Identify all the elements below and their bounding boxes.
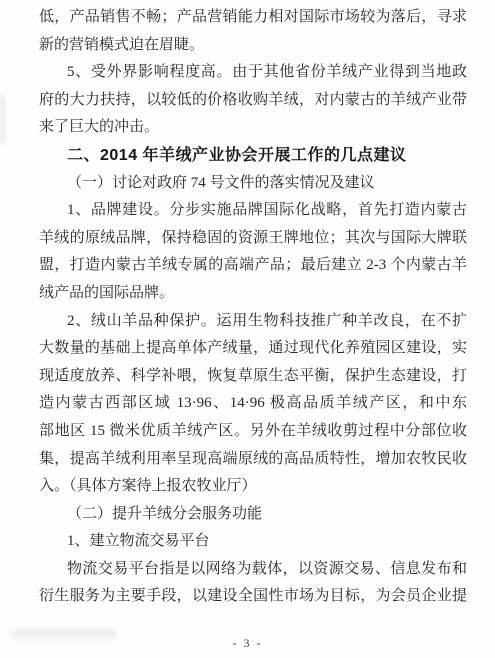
page-number: - 3 - xyxy=(0,636,495,651)
document-page: 低，产品销售不畅；产品营销能力相对国际市场较为落后，寻求 新的营销模式迫在眉睫。… xyxy=(0,0,495,658)
text-line: 绒产品的国际品牌。 xyxy=(39,280,467,308)
text-line: 来了巨大的冲击。 xyxy=(39,114,467,142)
logistics-platform-title: 1、建立物流交易平台 xyxy=(39,528,467,556)
subsection-2-title: （二）提升羊绒分会服务功能 xyxy=(39,501,467,529)
document-body: 低，产品销售不畅；产品营销能力相对国际市场较为落后，寻求 新的营销模式迫在眉睫。… xyxy=(39,4,467,611)
text-line: 大数量的基础上提高单体产绒量，通过现代化养殖园区建设，实 xyxy=(39,335,467,363)
text-line: 新的营销模式迫在眉睫。 xyxy=(39,32,467,60)
text-line: 现适度放养、科学补喂，恢复草原生态平衡，保护生态建设，打 xyxy=(39,363,467,391)
text-line: （二）提升羊绒分会服务功能 xyxy=(39,501,467,529)
text-line: 集，提高羊绒利用率呈现高端原绒的高品质特性，增加农牧民收 xyxy=(39,446,467,474)
text-line: 盟，打造内蒙古羊绒专属的高端产品；最后建立 2-3 个内蒙古羊 xyxy=(39,252,467,280)
text-line: 入。（具体方案待上报农牧业厅） xyxy=(39,473,467,501)
scan-artifact xyxy=(0,95,5,143)
text-line: 物流交易平台指是以网络为载体，以资源交易、信息发布和 xyxy=(39,556,467,584)
subsection-1-title: （一）讨论对政府 74 号文件的落实情况及建议 xyxy=(39,170,467,198)
text-line: 1、品牌建设。分步实施品牌国际化战略，首先打造内蒙古 xyxy=(39,197,467,225)
text-line: 府的大力扶持，以较低的价格收购羊绒，对内蒙古的羊绒产业带 xyxy=(39,87,467,115)
text-line: （一）讨论对政府 74 号文件的落实情况及建议 xyxy=(39,170,467,198)
section-heading: 二、2014 年羊绒产业协会开展工作的几点建议 xyxy=(39,142,467,170)
paragraph-brand-building: 1、品牌建设。分步实施品牌国际化战略，首先打造内蒙古 羊绒的原绒品牌，保持稳固的… xyxy=(39,197,467,307)
section-heading-text: 二、2014 年羊绒产业协会开展工作的几点建议 xyxy=(39,142,467,170)
paragraph-goat-breed-protection: 2、绒山羊品种保护。运用生物科技推广种羊改良，在不扩 大数量的基础上提高单体产绒… xyxy=(39,308,467,501)
text-line: 部地区 15 微米优质羊绒产区。另外在羊绒收剪过程中分部位收 xyxy=(39,418,467,446)
text-line: 1、建立物流交易平台 xyxy=(39,528,467,556)
text-line: 5、受外界影响程度高。由于其他省份羊绒产业得到当地政 xyxy=(39,59,467,87)
paragraph-logistics-platform: 物流交易平台指是以网络为载体，以资源交易、信息发布和 衍生服务为主要手段，以建设… xyxy=(39,556,467,611)
text-line: 2、绒山羊品种保护。运用生物科技推广种羊改良，在不扩 xyxy=(39,308,467,336)
text-line: 低，产品销售不畅；产品营销能力相对国际市场较为落后，寻求 xyxy=(39,4,467,32)
text-line: 造内蒙古西部区域 13·96、14·96 极高品质羊绒产区，和中东 xyxy=(39,390,467,418)
text-line: 羊绒的原绒品牌，保持稳固的资源王牌地位；其次与国际大牌联 xyxy=(39,225,467,253)
text-line: 衍生服务为主要手段，以建设全国性市场为目标，为会员企业提 xyxy=(39,583,467,611)
paragraph-point-5: 5、受外界影响程度高。由于其他省份羊绒产业得到当地政 府的大力扶持，以较低的价格… xyxy=(39,59,467,142)
paragraph-continuation: 低，产品销售不畅；产品营销能力相对国际市场较为落后，寻求 新的营销模式迫在眉睫。 xyxy=(39,4,467,59)
